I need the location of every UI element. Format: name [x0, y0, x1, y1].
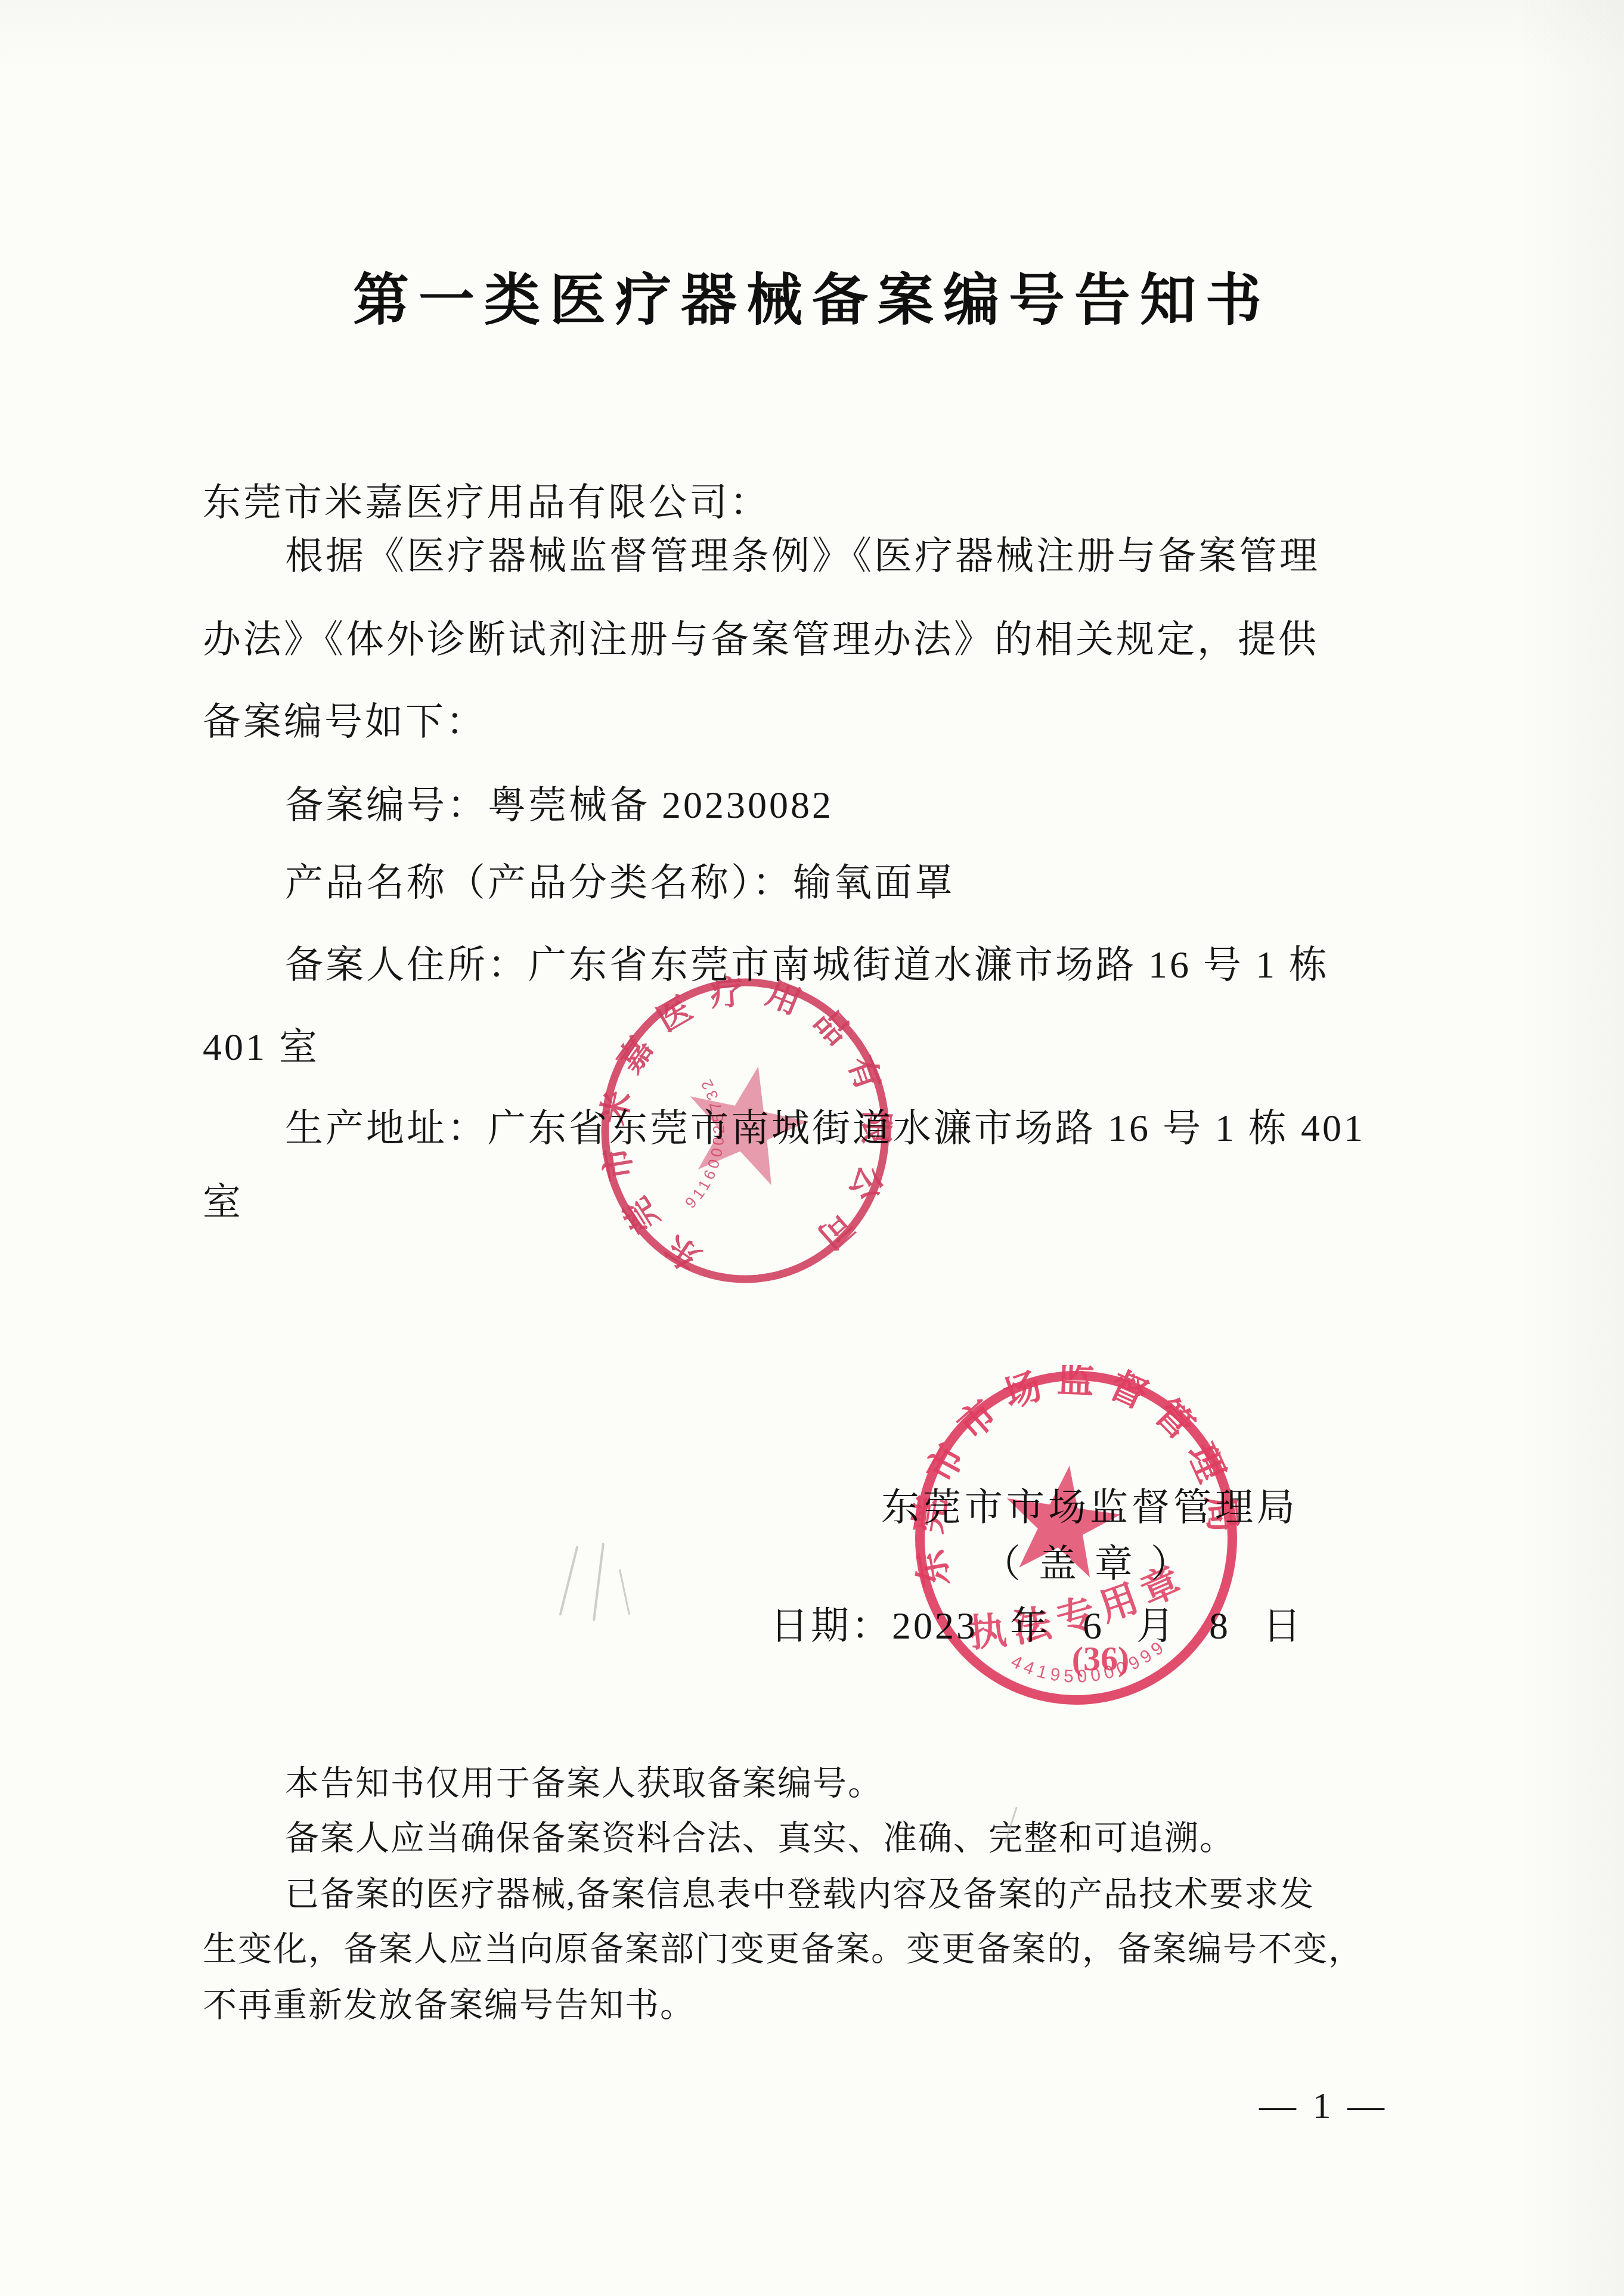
- note-line-1: 本告知书仅用于备案人获取备案编号。: [285, 1766, 883, 1803]
- issuing-authority: 东莞市市场监督管理局: [881, 1476, 1298, 1531]
- registrant-address-line-1: 备案人住所：广东省东莞市南城街道水濂市场路 16 号 1 栋: [285, 944, 1329, 986]
- registrant-address-line-2: 401 室: [203, 1026, 320, 1068]
- production-address-line-2: 室: [203, 1181, 243, 1223]
- intro-line-2: 办法》《体外诊断试剂注册与备案管理办法》的相关规定，提供: [203, 619, 1319, 660]
- product-name-line: 产品名称（产品分类名称）：输氧面罩: [285, 862, 955, 904]
- note-line-3: 已备案的医疗器械,备案信息表中登载内容及备案的产品技术要求发: [285, 1876, 1315, 1914]
- recipient-line: 东莞市米嘉医疗用品有限公司：: [203, 482, 770, 523]
- page-number: — 1 —: [1216, 2085, 1431, 2127]
- document-page: 第一类医疗器械备案编号告知书 东莞市米嘉医疗用品有限公司： 根据《医疗器械监督管…: [0, 0, 1624, 2296]
- note-line-5: 不再重新发放备案编号告知书。: [203, 1987, 695, 2025]
- note-line-2: 备案人应当确保备案资料合法、真实、准确、完整和可追溯。: [285, 1820, 1235, 1858]
- intro-line-1: 根据《医疗器械监督管理条例》《医疗器械注册与备案管理: [285, 535, 1320, 577]
- page-title: 第一类医疗器械备案编号告知书: [0, 255, 1624, 336]
- filing-number-line: 备案编号：粤莞械备 20230082: [285, 784, 833, 826]
- production-address-line-1: 生产地址：广东省东莞市南城街道水濂市场路 16 号 1 栋 401: [285, 1107, 1365, 1149]
- intro-line-3: 备案编号如下：: [203, 701, 486, 743]
- seal-note: （盖章）: [983, 1533, 1207, 1588]
- pencil-mark: [593, 1543, 605, 1621]
- scan-shadow-right: [1517, 0, 1624, 2296]
- note-line-4: 生变化，备案人应当向原备案部门变更备案。变更备案的，备案编号不变，: [203, 1931, 1363, 1969]
- pencil-mark: [559, 1546, 579, 1615]
- scan-shadow-top: [0, 0, 1624, 72]
- issue-date: 日期：2023 年 6 月 8 日: [770, 1595, 1303, 1650]
- pencil-mark: [619, 1569, 630, 1615]
